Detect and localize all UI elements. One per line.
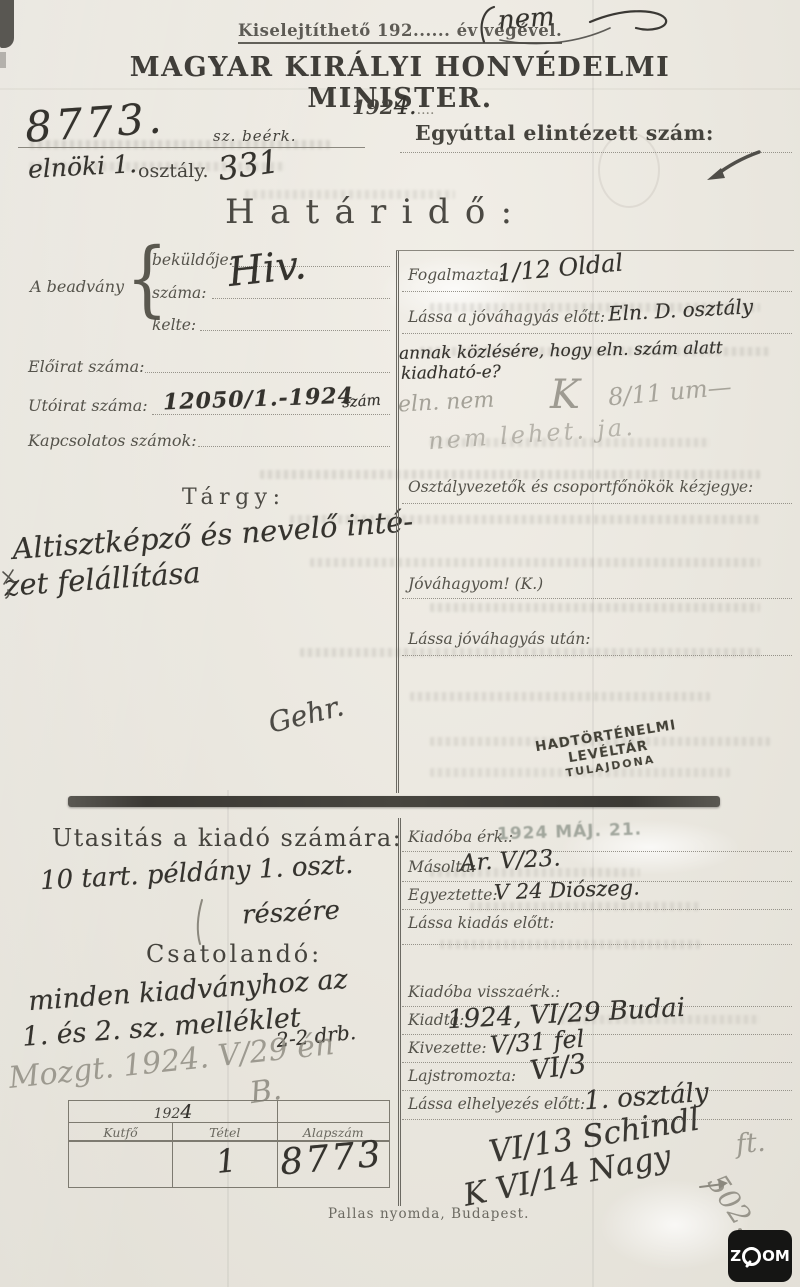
fogalmazta-label: Fogalmazta: [408,266,504,284]
table-year-cell: 1924 [68,1100,278,1123]
year-line: 1924..... [352,92,434,120]
kezjegye-label: Osztályvezetők és csoportfőnökök kézjegy… [408,478,753,496]
pencil-note-eln-nem: eln. nem [397,387,494,417]
magnifier-icon [742,1247,761,1266]
pencil-note-k: K [550,372,580,418]
subject-heading: Tárgy: [182,485,286,510]
department-handwritten: elnöki 1. [27,149,137,184]
beadvany-row-szama: száma: [152,284,207,302]
beadvany-group-label: A beadvány [30,277,124,296]
section-divider-bar [68,796,720,807]
lassa-kiadas-label: Lássa kiadás előtt: [408,914,554,932]
ink-note-line2: kiadható-e? [401,362,501,384]
zoom-watermark: ZOM [728,1230,792,1282]
table-empty-top-cell [277,1100,391,1123]
registry-table: 1924 Kutfő Tétel Alapszám 1 8773 [68,1100,390,1188]
utoirat-label: Utóirat száma: [28,396,148,415]
pencil-note-date: 8/11 um— [607,373,733,412]
department-printed: osztály. [138,160,209,182]
ink-note-line1: annak közlésére, hogy eln. szám alatt [399,338,723,364]
utoirat-suffix-handwritten: szám [341,391,381,412]
lassa-elott-value-handwritten: Eln. D. osztály [607,294,753,326]
lassa-utan-label: Lássa jóváhagyás után: [408,630,590,648]
table-year-printed: 192 [154,1106,181,1122]
column-divider [398,818,401,1206]
year-handwritten: 4. [394,92,417,120]
beadvany-value-handwritten: Hiv. [226,242,309,296]
table-year-handwritten: 4 [180,1101,192,1123]
lassa-elott-label: Lássa a jóváhagyás előtt: [408,308,605,326]
table-cell-kutfo-value [68,1140,173,1188]
visszaerk-label: Kiadóba visszaérk.: [408,983,560,1001]
printer-imprint: Pallas nyomda, Budapest. [328,1206,529,1222]
col-header-label: Kutfő [69,1125,172,1140]
kivezette-label: Kivezette: [408,1039,487,1057]
corner-smudge [0,0,14,48]
pencil-note-nem-lehet: nem lehet. ja. [427,413,636,455]
col-header-label: Tétel [173,1125,278,1140]
registry-number: 8773. [23,93,166,152]
attach-heading: Csatolandó: [146,940,322,968]
lassa-elhelyezes-label: Lássa elhelyezés előtt: [408,1095,585,1113]
kapcsolatos-label: Kapcsolatos számok: [28,431,197,450]
jovahagyom-label: Jóváhagyom! (K.) [408,575,543,593]
instruction-line1-handwritten: 10 tart. példány 1. oszt. [39,850,354,896]
pencil-mark-ft: ft. [735,1127,767,1160]
table-header-tetel: Tétel [172,1122,279,1142]
lajstromozta-label: Lajstromozta: [408,1067,516,1085]
margin-mark [0,566,18,600]
edge-smudge [0,52,6,68]
egyeztette-label: Egyeztette: [408,886,498,904]
reg-suffix-label: sz. beérk. [213,127,297,145]
beadvany-row-kelte: kelte: [152,316,196,334]
eloirat-label: Előirat száma: [28,357,145,376]
instruction-heading: Utasitás a kiadó számára: [52,824,402,852]
archive-ownership-stamp: HADTÖRTÉNELMI LEVÉLTÁR TULAJDONA [496,711,720,790]
zoom-watermark-om: OM [762,1247,790,1265]
egyeztette-value-handwritten: V 24 Diószeg. [494,875,641,904]
department-number: 331 [216,142,282,188]
zoom-watermark-z: Z [730,1247,741,1265]
bleed-through-text [310,558,760,567]
pencil-checkmark-icon [703,148,765,184]
instruction-line2-handwritten: részére [241,895,340,930]
deadline-heading: Határidő: [225,192,527,232]
subject-line1-handwritten: Altisztképző és nevelő inté- [11,504,414,566]
disposal-label: Kiselejtíthető 192...... év végével. [238,21,562,44]
lajstromozta-value-handwritten: VI/3 [528,1048,588,1087]
column-divider [396,250,399,793]
bleed-through-text [430,603,760,612]
signature-scribble: Gehr. [265,689,347,739]
table-header-kutfo: Kutfő [68,1122,173,1142]
bleed-through-text [410,692,710,701]
year-dots: .... [417,102,435,118]
also-settled-label: Egyúttal elintézett szám: [415,121,714,145]
year-printed: 192 [352,95,394,119]
table-tetel-handwritten: 1 [214,1141,238,1181]
utoirat-value-handwritten: 12050/1.-1924 [163,383,355,416]
beadvany-row-bekuldoje: beküldője: [152,251,234,269]
scanned-document: nem Kiselejtíthető 192...... év végével.… [0,0,800,1287]
masolta-value-handwritten: Ar. V/23. [459,845,561,876]
